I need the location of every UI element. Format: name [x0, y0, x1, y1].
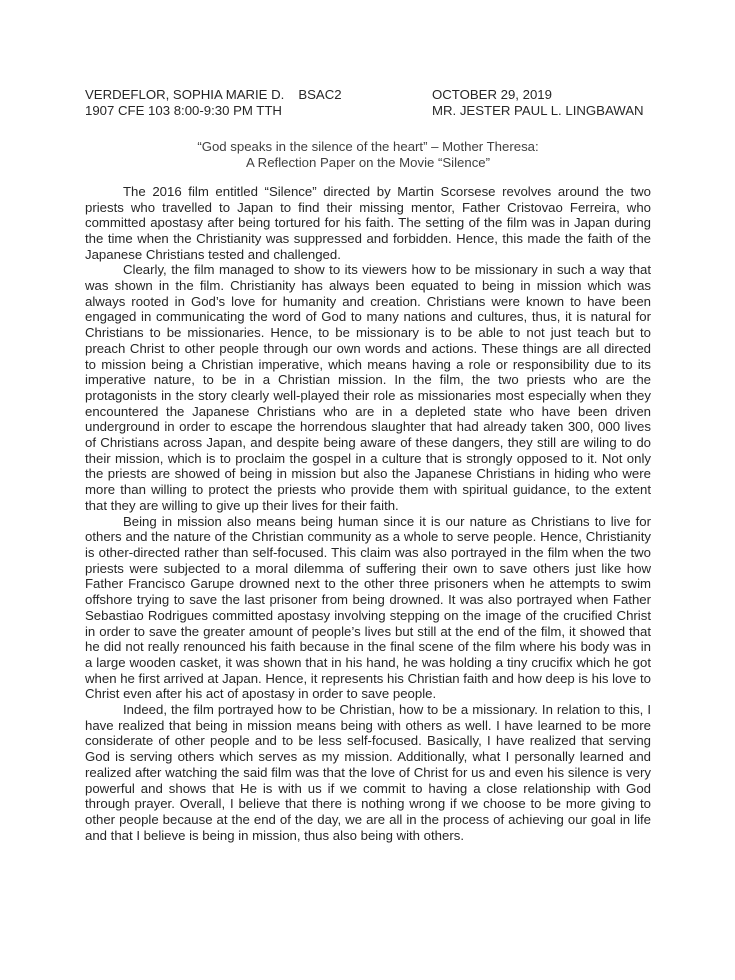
class-schedule: 1907 CFE 103 8:00-9:30 PM TTH	[85, 103, 432, 119]
header-name-line: VERDEFLOR, SOPHIA MARIE D.BSAC2	[85, 87, 432, 103]
document-page: VERDEFLOR, SOPHIA MARIE D.BSAC2 1907 CFE…	[0, 0, 735, 980]
paragraph-mission: Clearly, the film managed to show to its…	[85, 262, 651, 513]
paragraph-introduction: The 2016 film entitled “Silence” directe…	[85, 184, 651, 263]
professor-name: MR. JESTER PAUL L. LINGBAWAN	[432, 103, 651, 119]
document-header: VERDEFLOR, SOPHIA MARIE D.BSAC2 1907 CFE…	[85, 87, 651, 118]
paragraph-conclusion: Indeed, the film portrayed how to be Chr…	[85, 702, 651, 843]
document-content: VERDEFLOR, SOPHIA MARIE D.BSAC2 1907 CFE…	[85, 87, 651, 843]
document-body: The 2016 film entitled “Silence” directe…	[85, 184, 651, 844]
student-section: BSAC2	[298, 87, 341, 102]
document-date: OCTOBER 29, 2019	[432, 87, 651, 103]
paragraph-being-human: Being in mission also means being human …	[85, 514, 651, 702]
title-line-2: A Reflection Paper on the Movie “Silence…	[85, 155, 651, 171]
student-name: VERDEFLOR, SOPHIA MARIE D.	[85, 87, 284, 102]
title-line-1: “God speaks in the silence of the heart”…	[85, 139, 651, 155]
header-left-block: VERDEFLOR, SOPHIA MARIE D.BSAC2 1907 CFE…	[85, 87, 432, 118]
header-right-block: OCTOBER 29, 2019 MR. JESTER PAUL L. LING…	[432, 87, 651, 118]
document-title: “God speaks in the silence of the heart”…	[85, 139, 651, 170]
